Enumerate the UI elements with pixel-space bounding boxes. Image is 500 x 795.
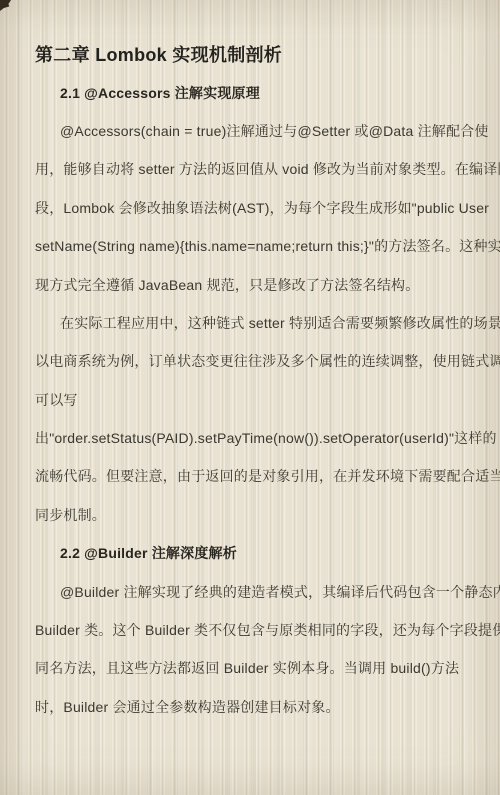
text-line: 出"order.setStatus(PAID).setPayTime(now()… — [0, 419, 500, 457]
text-line: Builder 类。这个 Builder 类不仅包含与原类相同的字段，还为每个字… — [0, 611, 500, 649]
text-line: @Builder 注解实现了经典的建造者模式，其编译后代码包含一个静态内部 — [0, 572, 500, 610]
text-line: 现方式完全遵循 JavaBean 规范，只是修改了方法签名结构。 — [0, 265, 500, 303]
text-line: @Accessors(chain = true)注解通过与@Setter 或@D… — [0, 112, 500, 150]
text-line: 可以写 — [0, 381, 500, 419]
text-line: setName(String name){this.name=name;retu… — [0, 227, 500, 265]
corner-shadow — [0, 0, 12, 11]
text-line: 段，Lombok 会修改抽象语法树(AST)，为每个字段生成形如"public … — [0, 189, 500, 227]
text-line: 在实际工程应用中，这种链式 setter 特别适合需要频繁修改属性的场景。 — [0, 304, 500, 342]
section-heading: 2.1 @Accessors 注解实现原理 — [0, 73, 500, 111]
text-line: 流畅代码。但要注意，由于返回的是对象引用，在并发环境下需要配合适当的 — [0, 457, 500, 495]
chapter-title: 第二章 Lombok 实现机制剖析 — [0, 35, 500, 73]
section-heading: 2.2 @Builder 注解深度解析 — [0, 534, 500, 572]
text-line: 以电商系统为例，订单状态变更往往涉及多个属性的连续调整，使用链式调用 — [0, 342, 500, 380]
text-line: 同步机制。 — [0, 496, 500, 534]
text-rows: 2.1 @Accessors 注解实现原理@Accessors(chain = … — [0, 73, 500, 726]
text-line: 同名方法，且这些方法都返回 Builder 实例本身。当调用 build()方法 — [0, 649, 500, 687]
text-line: 时，Builder 会通过全参数构造器创建目标对象。 — [0, 688, 500, 726]
page-content: 第二章 Lombok 实现机制剖析 2.1 @Accessors 注解实现原理@… — [0, 35, 500, 726]
document-page: 第二章 Lombok 实现机制剖析 2.1 @Accessors 注解实现原理@… — [0, 0, 500, 795]
text-line: 用，能够自动将 setter 方法的返回值从 void 修改为当前对象类型。在编… — [0, 150, 500, 188]
